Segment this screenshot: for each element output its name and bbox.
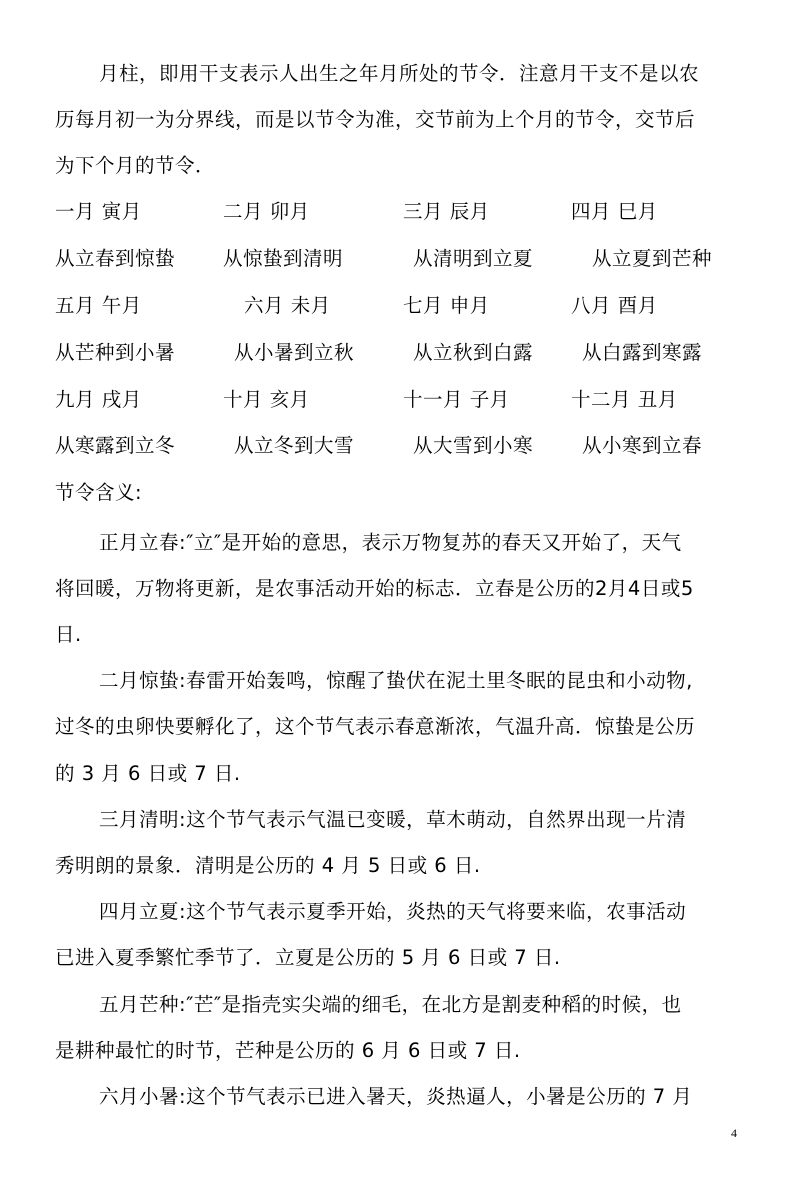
paragraph-line: 三月清明:这个节气表示气温已变暖，草木萌动，自然界出现一片清 [99,808,686,832]
range-cell: 从立春到惊蛰 [55,247,175,271]
paragraph-line: 日. [55,623,82,647]
month-cell: 二月 卯月 [223,200,310,224]
range-cell: 从立秋到白露 [413,341,533,365]
month-cell: 七月 申月 [403,294,490,318]
intro-line-3: 为下个月的节令． [55,154,215,178]
paragraph-line: 秀明朗的景象．清明是公历的 4 月 5 日或 6 日. [55,854,481,878]
month-cell: 九月 戌月 [55,388,142,412]
range-cell: 从小暑到立秋 [234,341,354,365]
month-cell: 四月 巳月 [571,200,658,224]
month-cell: 六月 未月 [244,294,331,318]
paragraph-line: 是耕种最忙的时节，芒种是公历的 6 月 6 日或 7 日. [55,1039,521,1063]
month-cell: 五月 午月 [55,294,142,318]
paragraph-line: 过冬的虫卵快要孵化了，这个节气表示春意渐浓，气温升高．惊蛰是公历 [55,715,695,739]
range-cell: 从寒露到立冬 [55,434,175,458]
month-cell: 八月 酉月 [571,294,658,318]
range-cell: 从白露到寒露 [582,341,702,365]
paragraph-line: 五月芒种:″芒″是指壳实尖端的细毛，在北方是割麦种稻的时候，也 [99,993,682,1017]
range-cell: 从小寒到立春 [582,434,702,458]
paragraph-line: 四月立夏:这个节气表示夏季开始，炎热的天气将要来临，农事活动 [99,900,686,924]
paragraph-line: 已进入夏季繁忙季节了．立夏是公历的 5 月 6 日或 7 日. [55,946,561,970]
range-cell: 从立夏到芒种 [592,247,712,271]
paragraph-line: 正月立春:″立″是开始的意思，表示万物复苏的春天又开始了，天气 [99,531,682,555]
month-cell: 三月 辰月 [403,200,490,224]
range-cell: 从清明到立夏 [413,247,533,271]
intro-line-1: 月柱，即用干支表示人出生之年月所处的节令．注意月干支不是以农 [99,62,699,86]
intro-line-2: 历每月初一为分界线，而是以节令为准，交节前为上个月的节令，交节后 [55,108,695,132]
month-cell: 十二月 丑月 [571,388,678,412]
section-heading: 节令含义: [55,481,142,505]
paragraph-line: 六月小暑:这个节气表示已进入暑天，炎热逼人，小暑是公历的 7 月 [99,1085,692,1109]
month-cell: 十一月 子月 [403,388,510,412]
month-cell: 十月 亥月 [223,388,310,412]
paragraph-line: 的 3 月 6 日或 7 日. [55,762,241,786]
range-cell: 从大雪到小寒 [413,434,533,458]
page-number: 4 [731,1126,737,1140]
paragraph-line: 将回暖，万物将更新，是农事活动开始的标志．立春是公历的2月4日或5 [55,577,694,601]
range-cell: 从惊蛰到清明 [223,247,343,271]
range-cell: 从立冬到大雪 [234,434,354,458]
paragraph-line: 二月惊蛰:春雷开始轰鸣，惊醒了蛰伏在泥土里冬眠的昆虫和小动物, [99,669,693,693]
range-cell: 从芒种到小暑 [55,341,175,365]
month-cell: 一月 寅月 [55,200,142,224]
